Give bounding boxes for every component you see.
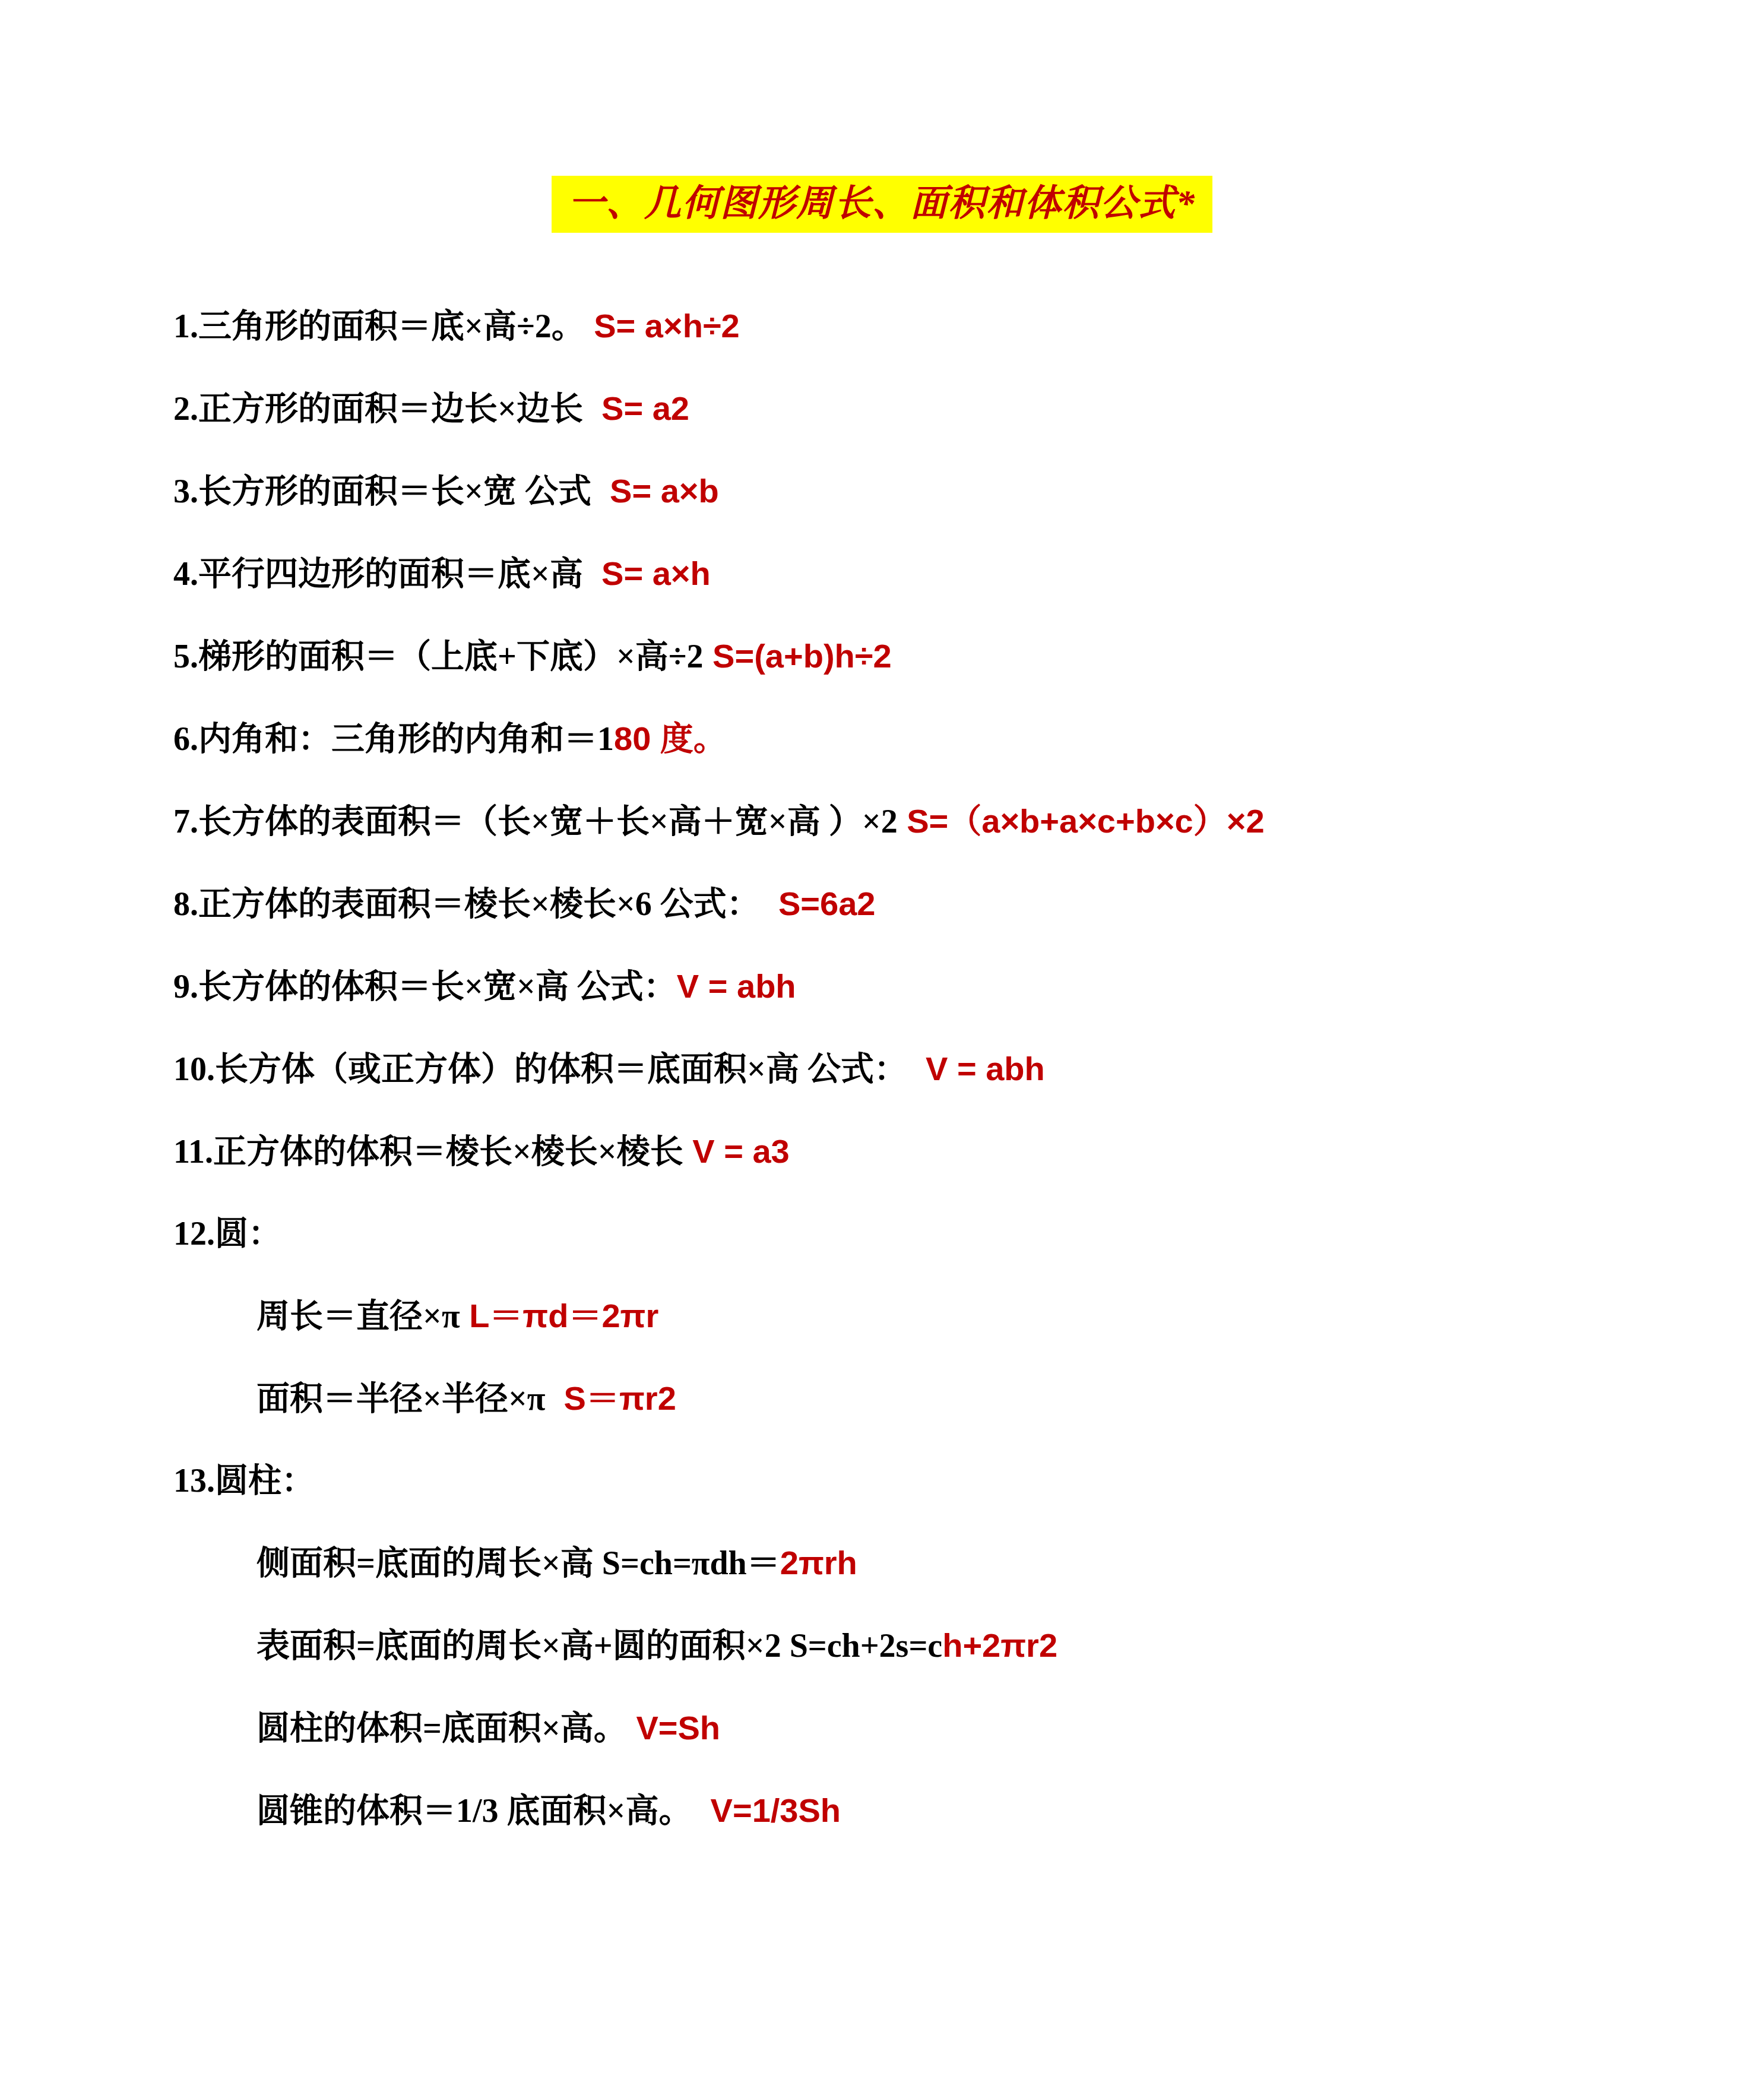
formula-text-red: V = abh	[907, 1050, 1045, 1087]
title-section: 一、几何图形周长、面积和体积公式*	[0, 0, 1764, 233]
formula-list: 1.三角形的面积＝底×高÷2。 S= a×h÷22.正方形的面积＝边长×边长 S…	[0, 285, 1764, 1852]
formula-line: 6.内角和：三角形的内角和＝180 度。	[173, 698, 1717, 780]
formula-text-black: 7.长方体的表面积＝（长×宽＋长×高＋宽×高 ）×2	[173, 803, 898, 840]
formula-line: 表面积=底面的周长×高+圆的面积×2 S=ch+2s=ch+2πr2	[173, 1605, 1717, 1687]
formula-line: 3.长方形的面积＝长×宽 公式 S= a×b	[173, 450, 1717, 533]
formula-line: 11.正方体的体积＝棱长×棱长×棱长 V = a3	[173, 1110, 1717, 1193]
formula-text-black: 9.长方体的体积＝长×宽×高 公式：	[173, 969, 677, 1005]
formula-line: 圆柱的体积=底面积×高。 V=Sh	[173, 1687, 1717, 1770]
formula-text-red: L＝πd＝2πr	[460, 1297, 659, 1334]
page-title: 一、几何图形周长、面积和体积公式*	[568, 183, 1196, 224]
formula-text-black: 1.三角形的面积＝底×高÷2。	[173, 308, 585, 345]
document-page: { "title": { "text": "一、几何图形周长、面积和体积公式*"…	[0, 0, 1764, 2095]
formula-text-red: S= a2	[583, 390, 689, 427]
formula-text-black: 10.长方体（或正方体）的体积＝底面积×高 公式：	[173, 1051, 907, 1088]
formula-line: 12.圆：	[173, 1193, 1717, 1275]
formula-text-red: V = a3	[683, 1132, 790, 1170]
formula-text-black: 周长＝直径×π	[256, 1298, 460, 1335]
formula-line: 4.平行四边形的面积＝底×高 S= a×h	[173, 533, 1717, 615]
formula-text-black: 5.梯形的面积＝（上底+下底）×高÷2	[173, 638, 704, 675]
formula-text-black: 表面积=底面的周长×高+圆的面积×2 S=ch+2s=c	[256, 1628, 942, 1664]
formula-text-red: S＝πr2	[546, 1379, 676, 1417]
formula-line: 周长＝直径×π L＝πd＝2πr	[173, 1275, 1717, 1357]
formula-text-red: V = abh	[677, 967, 796, 1005]
formula-line: 2.正方形的面积＝边长×边长 S= a2	[173, 368, 1717, 450]
formula-text-red: V=1/3Sh	[692, 1792, 841, 1829]
formula-text-black: 4.平行四边形的面积＝底×高	[173, 556, 583, 593]
formula-line: 8.正方体的表面积＝棱长×棱长×6 公式： S=6a2	[173, 863, 1717, 945]
formula-line: 13.圆柱：	[173, 1440, 1717, 1522]
formula-line: 5.梯形的面积＝（上底+下底）×高÷2 S=(a+b)h÷2	[173, 615, 1717, 698]
title-highlight: 一、几何图形周长、面积和体积公式*	[552, 176, 1212, 233]
formula-line: 侧面积=底面的周长×高 S=ch=πdh＝2πrh	[173, 1522, 1717, 1605]
formula-text-black: 3.长方形的面积＝长×宽 公式	[173, 473, 591, 510]
formula-line: 面积＝半径×半径×π S＝πr2	[173, 1357, 1717, 1440]
formula-text-red: S=(a+b)h÷2	[704, 637, 892, 675]
formula-text-red: V=Sh	[627, 1709, 720, 1746]
formula-text-black: 2.正方形的面积＝边长×边长	[173, 391, 583, 428]
formula-text-red: S=6a2	[760, 885, 876, 922]
formula-text-red: S= a×b	[591, 472, 719, 509]
formula-line: 圆锥的体积＝1/3 底面积×高。 V=1/3Sh	[173, 1770, 1717, 1852]
formula-text-black: 12.圆：	[173, 1216, 281, 1252]
formula-text-red: h+2πr2	[942, 1626, 1057, 1664]
formula-text-red: S= a×h÷2	[585, 307, 740, 344]
formula-text-black: 11.正方体的体积＝棱长×棱长×棱长	[173, 1134, 683, 1170]
formula-line: 10.长方体（或正方体）的体积＝底面积×高 公式： V = abh	[173, 1028, 1717, 1110]
formula-line: 9.长方体的体积＝长×宽×高 公式：V = abh	[173, 945, 1717, 1028]
formula-text-black: 8.正方体的表面积＝棱长×棱长×6 公式：	[173, 886, 760, 923]
formula-line: 1.三角形的面积＝底×高÷2。 S= a×h÷2	[173, 285, 1717, 368]
formula-text-red: S=（a×b+a×c+b×c）×2	[898, 802, 1265, 840]
formula-text-red: 80 度。	[614, 720, 727, 757]
formula-text-black: 圆柱的体积=底面积×高。	[256, 1710, 627, 1747]
formula-text-red: 2πrh	[780, 1544, 857, 1581]
formula-text-black: 13.圆柱：	[173, 1463, 315, 1499]
formula-text-black: 6.内角和：三角形的内角和＝1	[173, 721, 614, 758]
formula-text-red: S= a×h	[583, 555, 711, 592]
formula-text-black: 面积＝半径×半径×π	[256, 1381, 546, 1417]
formula-text-black: 侧面积=底面的周长×高 S=ch=πdh＝	[256, 1545, 780, 1582]
formula-line: 7.长方体的表面积＝（长×宽＋长×高＋宽×高 ）×2 S=（a×b+a×c+b×…	[173, 780, 1717, 863]
formula-text-black: 圆锥的体积＝1/3 底面积×高。	[256, 1793, 692, 1830]
